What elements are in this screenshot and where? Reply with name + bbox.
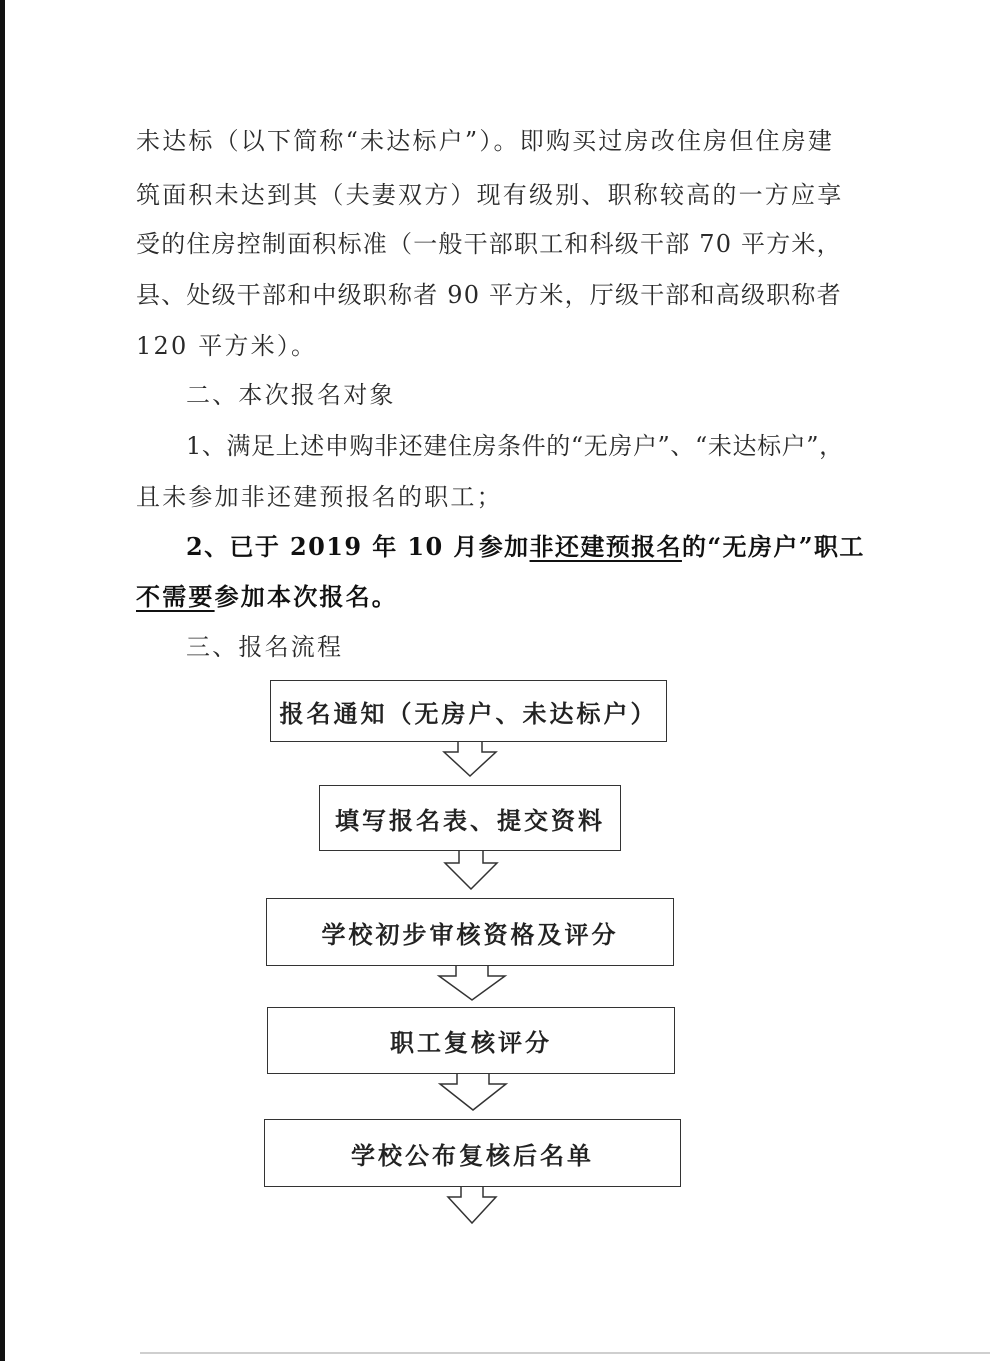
list-item-1-line2: 且未参加非还建预报名的职工；: [136, 482, 503, 512]
flow-step-5: 学校公布复核后名单: [264, 1119, 681, 1187]
list-item-2-line1: 2、已于 2019 年 10 月参加非还建预报名的“无房户”职工: [186, 532, 865, 562]
item2-underlined-prereg: 非还建预报名: [530, 532, 682, 561]
list-item-2-line2: 不需要参加本次报名。: [136, 582, 398, 612]
paragraph-line: 受的住房控制面积标准（一般干部职工和科级干部 70 平方米，: [136, 229, 842, 259]
section-heading: 三、报名流程: [186, 632, 343, 662]
item2-prefix: 2、已于 2019 年 10 月参加: [186, 532, 530, 561]
item2-middle: 的“无房户”职工: [682, 532, 865, 561]
item2-suffix: 参加本次报名。: [215, 582, 398, 611]
flow-step-label: 学校公布复核后名单: [351, 1136, 594, 1171]
section-heading: 二、本次报名对象: [186, 380, 396, 410]
flow-step-2: 填写报名表、提交资料: [319, 785, 621, 851]
down-arrow-icon: [437, 1074, 509, 1112]
paragraph-line: 县、处级干部和中级职称者 90 平方米，厅级干部和高级职称者: [136, 280, 842, 310]
flow-step-1: 报名通知（无房户、未达标户）: [270, 680, 667, 742]
paragraph-line: 120 平方米）。: [136, 331, 317, 361]
scan-edge-bottom: [140, 1352, 990, 1354]
down-arrow-icon: [436, 966, 508, 1002]
flow-step-4: 职工复核评分: [267, 1007, 675, 1074]
down-arrow-icon: [441, 851, 501, 891]
flow-step-label: 学校初步审核资格及评分: [322, 915, 619, 950]
flow-step-3: 学校初步审核资格及评分: [266, 898, 674, 966]
scan-edge-left: [0, 0, 5, 1361]
flow-step-label: 报名通知（无房户、未达标户）: [280, 694, 658, 729]
flow-step-label: 填写报名表、提交资料: [335, 801, 605, 836]
paragraph-line: 筑面积未达到其（夫妻双方）现有级别、职称较高的一方应享: [136, 180, 843, 210]
item2-underlined-not-required: 不需要: [136, 582, 215, 611]
paragraph-line: 未达标（以下简称“未达标户”）。即购买过房改住房但住房建: [136, 126, 834, 156]
flow-step-label: 职工复核评分: [390, 1023, 552, 1058]
down-arrow-icon: [446, 1187, 498, 1225]
list-item-1-line1: 1、满足上述申购非还建住房条件的“无房户”、“未达标户”，: [186, 431, 844, 461]
down-arrow-icon: [440, 742, 500, 778]
